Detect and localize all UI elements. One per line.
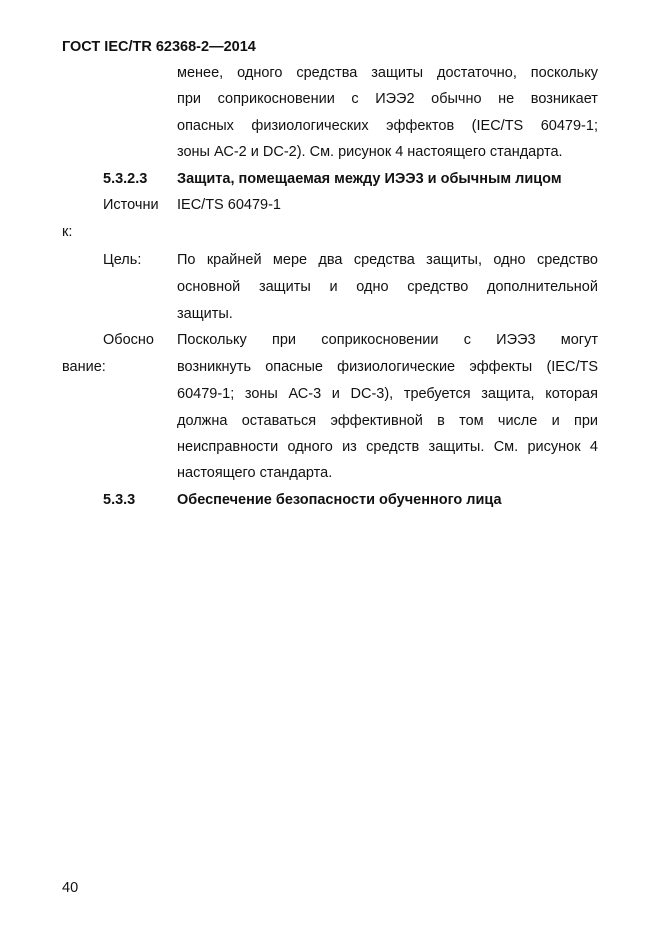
text-line: менее,одногосредствазащитыдостаточно,пос… (177, 64, 598, 82)
section-title: Обеспечение безопасности обученного лица (177, 491, 502, 509)
section-number: 5.3.3 (103, 491, 135, 509)
text-line: 60479-1;зоныАС-3иDC-3),требуетсязащита,к… (177, 385, 598, 403)
source-label-wrap: к: (62, 223, 72, 241)
text-line: Покрайнеймередвасредствазащиты,односредс… (177, 251, 598, 269)
text-line: защиты. (177, 305, 598, 323)
text-line: зоны АС-2 и DC-2). См. рисунок 4 настоящ… (177, 143, 598, 161)
text-line: основнойзащитыиодносредстводополнительно… (177, 278, 598, 296)
text-line: должнаоставатьсяэффективнойвтомчислеипри (177, 412, 598, 430)
rationale-label-wrap: вание: (62, 358, 106, 376)
section-number: 5.3.2.3 (103, 170, 147, 188)
text-line: опасныхфизиологическихэффектов(IEC/TS604… (177, 117, 598, 135)
text-line: ПосколькуприсоприкосновениисИЭЭ3могут (177, 331, 598, 349)
page-number: 40 (62, 879, 78, 897)
text-line: присоприкосновениисИЭЭ2обычноневозникает (177, 90, 598, 108)
document-header: ГОСТ IEC/TR 62368-2—2014 (62, 38, 256, 56)
source-value: IEC/TS 60479-1 (177, 196, 281, 214)
goal-label: Цель: (103, 251, 141, 269)
text-line: настоящего стандарта. (177, 464, 598, 482)
section-title: Защита, помещаемая между ИЭЭ3 и обычным … (177, 170, 562, 188)
text-line: возникнутьопасныефизиологическиеэффекты(… (177, 358, 598, 376)
rationale-label: Обосно (103, 331, 154, 349)
source-label: Источни (103, 196, 159, 214)
text-line: неисправностиодногоизсредствзащиты.См.ри… (177, 438, 598, 456)
